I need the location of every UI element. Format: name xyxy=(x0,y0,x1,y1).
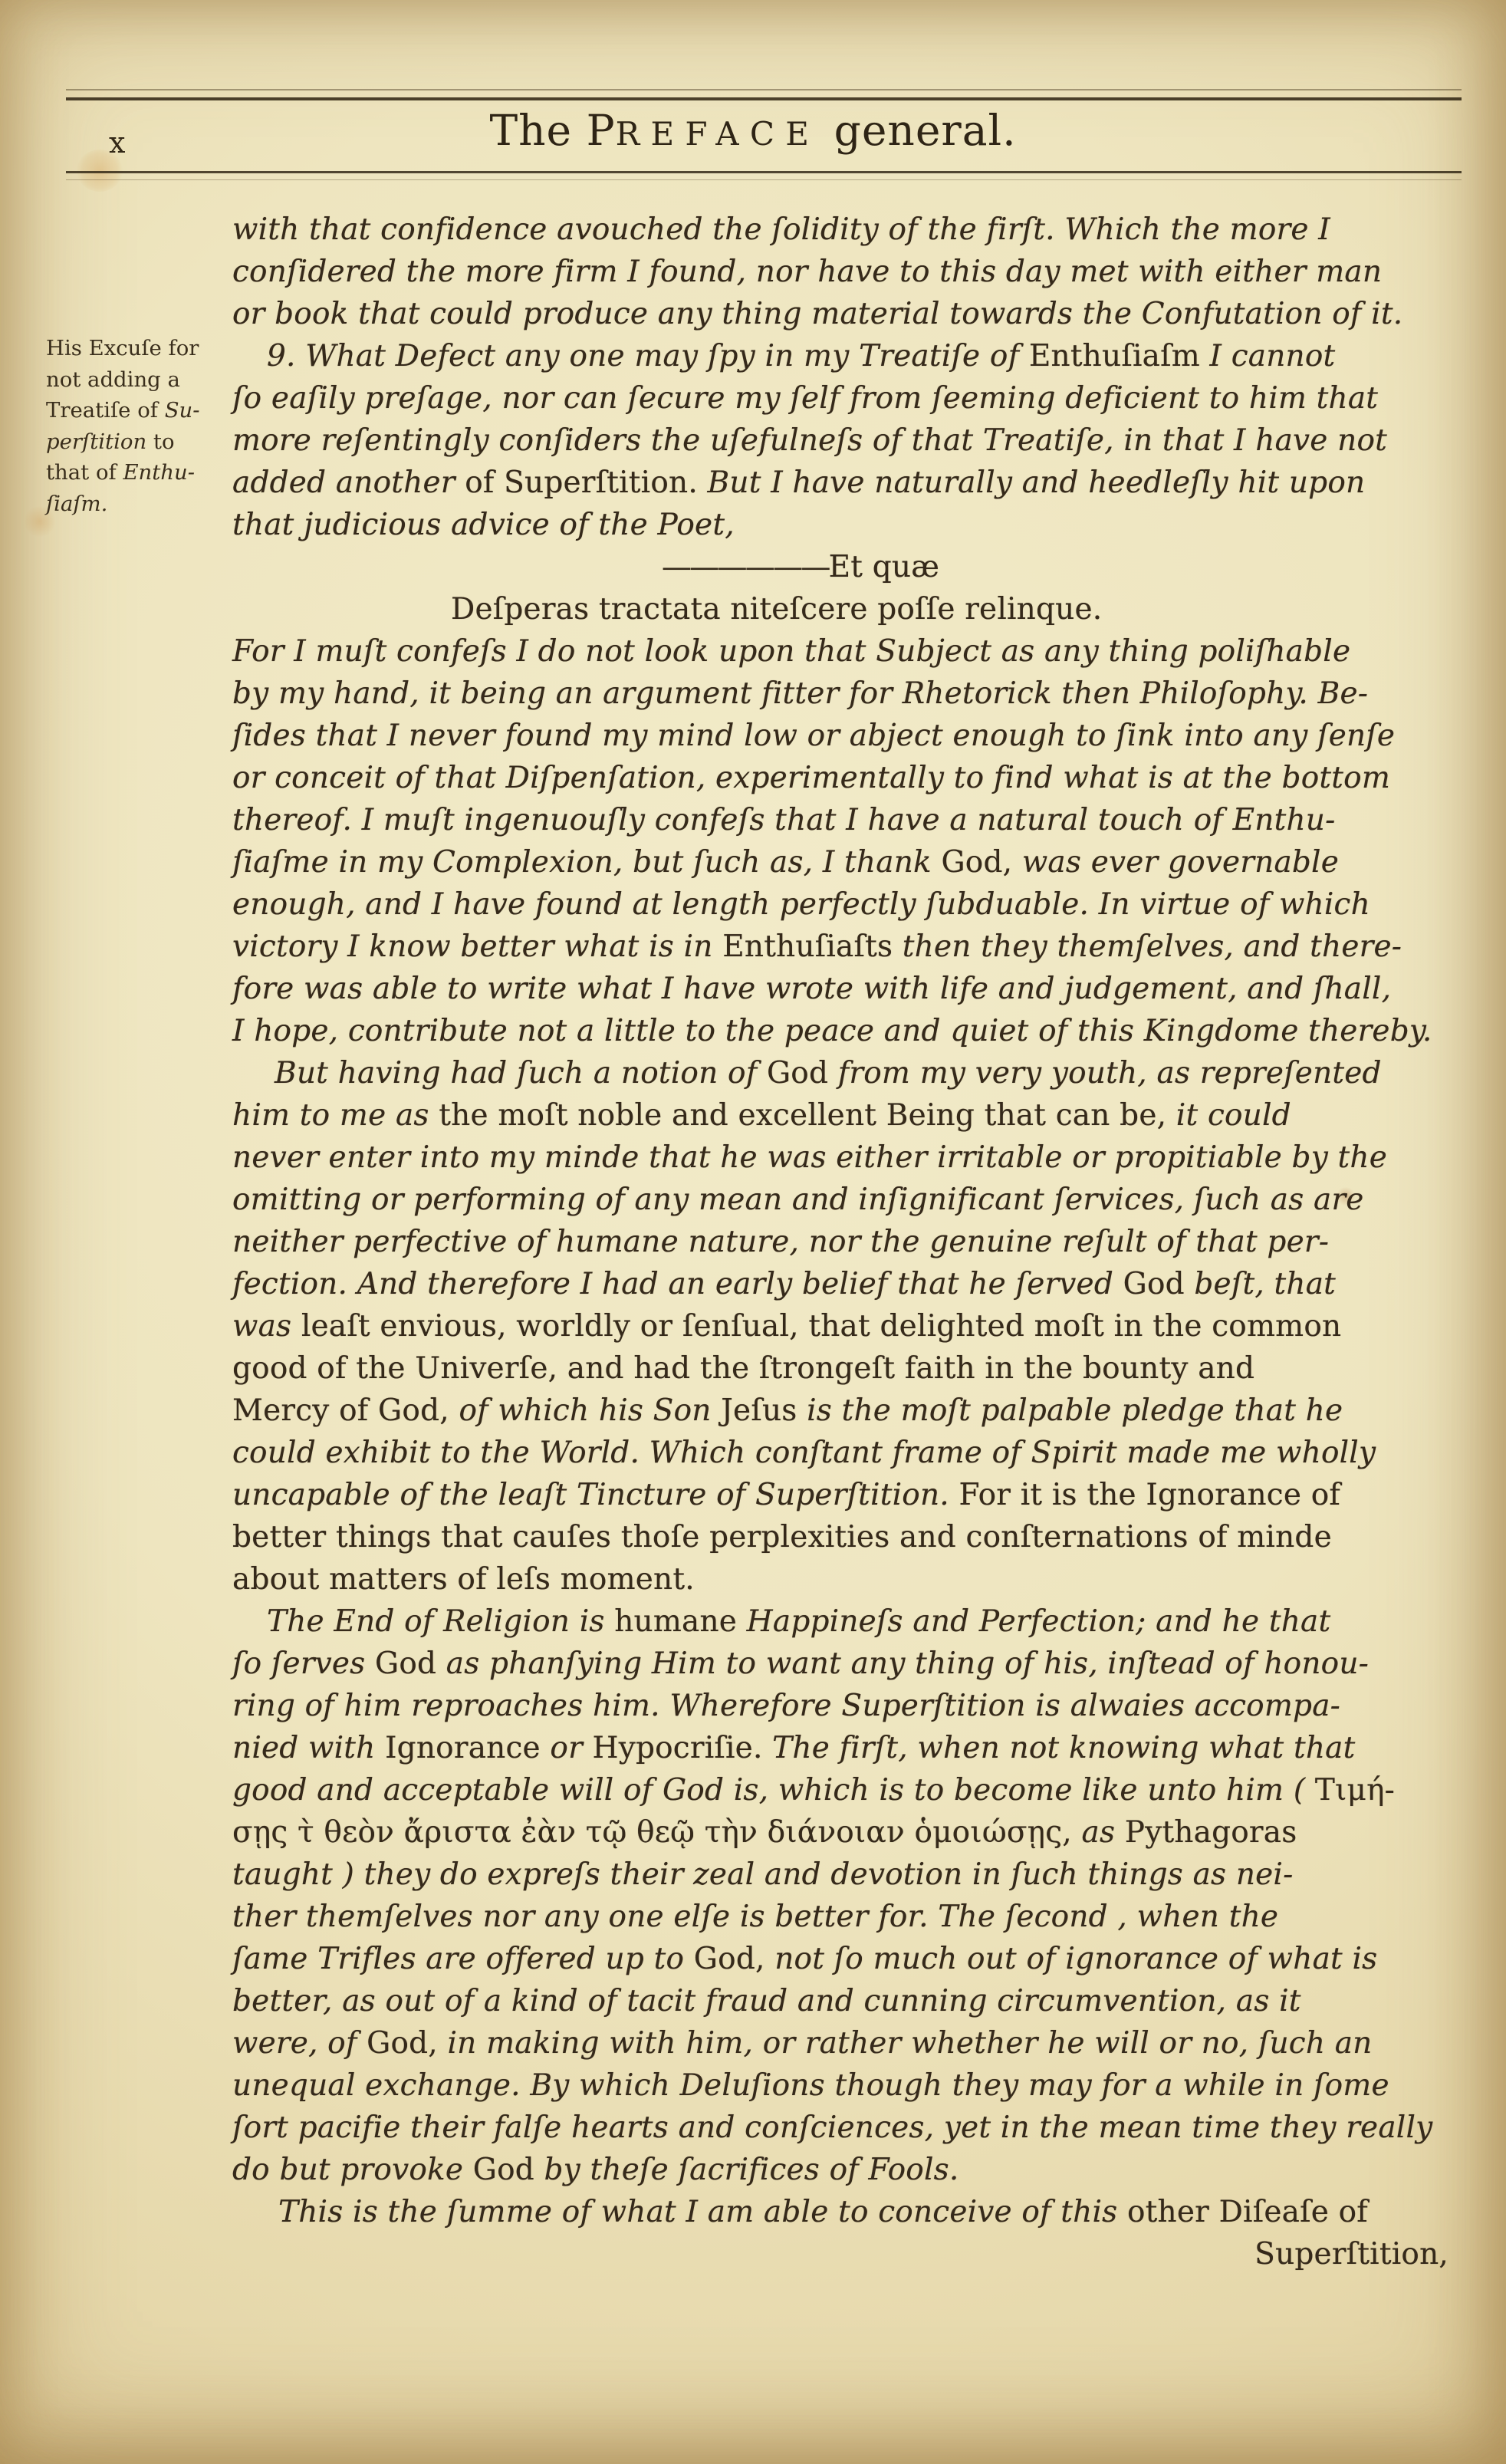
text-segment: But having had ſuch a notion of xyxy=(275,1056,767,1091)
text-segment: then they themſelves, and there- xyxy=(893,929,1402,964)
text-segment: σῃς τ̀ θεὸν ἄριστα ἐὰν τῷ θεῷ τὴν διάνοι… xyxy=(232,1815,1072,1850)
text-segment: Su- xyxy=(165,398,200,423)
body-line: or book that could produce any thing mat… xyxy=(232,293,1459,335)
text-segment: fection. And therefore I had an early be… xyxy=(232,1267,1123,1301)
body-line: good and acceptable will of God is, whic… xyxy=(232,1769,1459,1811)
body-line: ther themſelves nor any one elſe is bett… xyxy=(232,1896,1459,1938)
body-line: do but provoke God by theſe ſacrifices o… xyxy=(232,2149,1459,2191)
text-segment: Enthu- xyxy=(123,460,195,485)
text-segment: God, xyxy=(367,2026,438,2061)
body-line: ſiaſme in my Complexion, but ſuch as, I … xyxy=(232,841,1459,883)
text-segment: ſo eaſily preſage, nor can ſecure my ſel… xyxy=(232,381,1378,416)
text-segment: neither perfective of humane nature, nor… xyxy=(232,1225,1329,1259)
body-line: Deſperas tractata niteſcere poſſe relinq… xyxy=(451,588,1459,630)
text-segment: or conceit of that Diſpenſation, experim… xyxy=(232,761,1390,795)
body-line: omitting or performing of any mean and i… xyxy=(232,1179,1459,1221)
text-segment: or xyxy=(550,1731,592,1765)
text-segment: of which his Son xyxy=(449,1393,721,1428)
margin-note-line: ſiaſm. xyxy=(46,489,238,520)
text-segment: I cannot xyxy=(1200,339,1335,373)
text-segment: by theſe ſacrifices of Fools. xyxy=(534,2153,959,2187)
body-line: neither perfective of humane nature, nor… xyxy=(232,1221,1459,1263)
text-segment: victory I know better what is in xyxy=(232,929,722,964)
title-preface-initial: P xyxy=(587,106,616,155)
text-segment: not adding a xyxy=(46,367,180,392)
text-segment: more reſentingly conſiders the uſefulneſ… xyxy=(232,423,1387,458)
margin-note-line: perſtition to xyxy=(46,426,238,458)
text-segment: ſame Trifles are offered up to xyxy=(232,1942,694,1976)
body-line: was leaſt envious, worldly or ſenſual, t… xyxy=(232,1305,1459,1347)
body-line: that judicious advice of the Poet, xyxy=(232,504,1459,546)
text-segment: good and acceptable will of God is, whic… xyxy=(232,1773,1315,1808)
text-segment: 9. What Defect any one may ſpy in my Tre… xyxy=(267,339,1029,373)
text-segment: unequal exchange. By which Deluſions tho… xyxy=(232,2068,1389,2103)
text-segment: was xyxy=(232,1309,291,1344)
text-segment: omitting or performing of any mean and i… xyxy=(232,1183,1364,1217)
text-segment: that judicious advice of the Poet, xyxy=(232,508,735,542)
body-line: σῃς τ̀ θεὸν ἄριστα ἐὰν τῷ θεῷ τὴν διάνοι… xyxy=(232,1811,1459,1854)
body-line: ring of him reproaches him. Wherefore Su… xyxy=(232,1685,1459,1727)
body-line: more reſentingly conſiders the uſefulneſ… xyxy=(232,419,1459,462)
text-segment: nied with xyxy=(232,1731,385,1765)
text-segment: by my hand, it being an argument fitter … xyxy=(232,676,1368,711)
margin-note-line: Treatiſe of Su- xyxy=(46,395,238,426)
body-line: ſo ſerves God as phanſying Him to want a… xyxy=(232,1643,1459,1685)
text-segment: added another xyxy=(232,465,455,500)
text-segment: This is the ſumme of what I am able to c… xyxy=(278,2195,1127,2229)
body-line: about matters of leſs moment. xyxy=(232,1558,1459,1600)
text-segment: Jeſus xyxy=(721,1393,797,1428)
text-segment: leaſt envious, worldly or ſenſual, that … xyxy=(291,1309,1341,1344)
text-segment: But I have naturally and heedleſly hit u… xyxy=(708,465,1366,500)
body-line: added another of Superſtition. But I hav… xyxy=(232,462,1459,504)
text-segment: is the moſt palpable pledge that he xyxy=(797,1393,1343,1428)
text-segment: For I muſt confeſs I do not look upon th… xyxy=(232,634,1350,669)
body-line: I hope, contribute not a little to the p… xyxy=(232,1010,1459,1052)
body-line: were, of God, in making with him, or rat… xyxy=(232,2022,1459,2064)
text-segment: I hope, contribute not a little to the p… xyxy=(232,1014,1432,1048)
body-line: nied with Ignorance or Hypocriſie. The f… xyxy=(232,1727,1459,1769)
text-segment: God, xyxy=(941,845,1012,880)
running-header: x The PREFACE general. xyxy=(0,106,1506,167)
text-segment: humane xyxy=(614,1604,746,1639)
body-text-column: with that confidence avouched the ſolidi… xyxy=(232,209,1459,2275)
body-line: ſides that I never found my mind low or … xyxy=(232,715,1459,757)
margin-note: His Excuſe fornot adding aTreatiſe of Su… xyxy=(46,333,238,519)
text-segment: ther themſelves nor any one elſe is bett… xyxy=(232,1900,1278,1934)
text-segment: other Diſeaſe of xyxy=(1127,2195,1368,2229)
body-line: ſame Trifles are offered up to God, not … xyxy=(232,1938,1459,1980)
text-segment: as xyxy=(1072,1815,1125,1850)
body-line: Superſtition, xyxy=(232,2233,1459,2275)
body-line: by my hand, it being an argument fitter … xyxy=(232,673,1459,715)
body-line: ſo eaſily preſage, nor can ſecure my ſel… xyxy=(232,377,1459,419)
text-segment: perſtition xyxy=(46,429,146,454)
body-line: victory I know better what is in Enthuſi… xyxy=(232,926,1459,968)
body-line: The End of Religion is humane Happineſs … xyxy=(267,1600,1459,1643)
text-segment: do but provoke xyxy=(232,2153,473,2187)
text-segment: Et quæ xyxy=(829,550,939,584)
body-line: fore was able to write what I have wrote… xyxy=(232,968,1459,1010)
text-segment: from my very youth, as repreſented xyxy=(828,1056,1382,1091)
body-line: or conceit of that Diſpenſation, experim… xyxy=(232,757,1459,799)
body-line: Mercy of God, of which his Son Jeſus is … xyxy=(232,1390,1459,1432)
text-segment: conſidered the more firm I found, nor ha… xyxy=(232,255,1382,289)
text-segment: Hypocriſie. xyxy=(593,1731,763,1765)
body-line: enough, and I have found at length perfe… xyxy=(232,883,1459,926)
body-line: uncapable of the leaſt Tincture of Super… xyxy=(232,1474,1459,1516)
text-segment: The End of Religion is xyxy=(267,1604,614,1639)
page-title: The PREFACE general. xyxy=(0,106,1506,155)
text-segment: good of the Univerſe, and had the ſtrong… xyxy=(232,1351,1254,1386)
body-line: ——————Et quæ xyxy=(662,546,1459,588)
body-line: unequal exchange. By which Deluſions tho… xyxy=(232,2064,1459,2107)
text-segment: Ignorance xyxy=(385,1731,550,1765)
text-segment: enough, and I have found at length perfe… xyxy=(232,887,1370,922)
text-segment: not ſo much out of ignorance of what is xyxy=(765,1942,1378,1976)
text-segment: beſt, that xyxy=(1185,1267,1336,1301)
text-segment: as phanſying Him to want any thing of hi… xyxy=(446,1647,1369,1681)
body-line: him to me as the moſt noble and excellen… xyxy=(232,1094,1459,1137)
margin-note-line: not adding a xyxy=(46,364,238,396)
text-segment: or book that could produce any thing mat… xyxy=(232,297,1402,331)
text-segment: about matters of leſs moment. xyxy=(232,1562,695,1597)
title-preface-caps: REFACE xyxy=(616,115,820,153)
body-line: fection. And therefore I had an early be… xyxy=(232,1263,1459,1305)
text-segment: ring of him reproaches him. Wherefore Su… xyxy=(232,1689,1340,1723)
text-segment: taught ) they do expreſs their zeal and … xyxy=(232,1857,1294,1892)
text-segment: ſides that I never found my mind low or … xyxy=(232,719,1395,753)
body-line: never enter into my minde that he was ei… xyxy=(232,1137,1459,1179)
text-segment: was ever governable xyxy=(1012,845,1339,880)
text-segment: Τιμή- xyxy=(1315,1773,1395,1808)
text-segment: Enthuſiaſm xyxy=(1029,339,1200,373)
text-segment: with that confidence avouched the ſolidi… xyxy=(232,212,1330,247)
text-segment: to xyxy=(146,429,174,454)
text-segment: uncapable of the leaſt Tincture of Super… xyxy=(232,1478,949,1512)
margin-note-line: His Excuſe for xyxy=(46,333,238,364)
text-segment: Deſperas tractata niteſcere poſſe relinq… xyxy=(451,592,1102,627)
body-line: taught ) they do expreſs their zeal and … xyxy=(232,1854,1459,1896)
text-segment: For it is the Ignorance of xyxy=(949,1478,1340,1512)
title-the: The xyxy=(489,106,586,155)
header-rule xyxy=(66,171,1462,180)
text-segment: were, of xyxy=(232,2026,367,2061)
text-segment: thereof. I muſt ingenuouſly confeſs that… xyxy=(232,803,1336,837)
text-segment: Superſtition, xyxy=(1254,2237,1448,2272)
text-segment: never enter into my minde that he was ei… xyxy=(232,1140,1387,1175)
text-segment: ſiaſm. xyxy=(46,492,107,516)
text-segment: could exhibit to the World. Which conſta… xyxy=(232,1436,1376,1470)
body-line: good of the Univerſe, and had the ſtrong… xyxy=(232,1347,1459,1390)
body-line: could exhibit to the World. Which conſta… xyxy=(232,1432,1459,1474)
text-segment: better, as out of a kind of tacit fraud … xyxy=(232,1984,1301,2018)
text-segment: God xyxy=(767,1056,828,1091)
text-segment: God xyxy=(1123,1267,1185,1301)
margin-note-line: that of Enthu- xyxy=(46,457,238,489)
text-segment: the moſt noble and excellent Being that … xyxy=(439,1098,1166,1133)
top-double-rule xyxy=(66,89,1462,100)
book-page-scan: x The PREFACE general. His Excuſe fornot… xyxy=(0,0,1506,2464)
text-segment: Treatiſe of xyxy=(46,398,165,423)
text-segment: ſo ſerves xyxy=(232,1647,375,1681)
text-segment: The firſt, when not knowing what that xyxy=(763,1731,1356,1765)
text-segment: better things that cauſes thoſe perplexi… xyxy=(232,1520,1332,1554)
body-line: This is the ſumme of what I am able to c… xyxy=(278,2191,1459,2233)
text-segment: —————— xyxy=(662,550,829,584)
text-segment: of Superſtition. xyxy=(455,465,708,500)
text-segment: in making with him, or rather whether he… xyxy=(438,2026,1373,2061)
title-general: general. xyxy=(820,106,1016,155)
text-segment: God, xyxy=(694,1942,765,1976)
text-segment: Happineſs and Perfection; and he that xyxy=(747,1604,1331,1639)
text-segment: ſort pacifie their falſe hearts and conſ… xyxy=(232,2110,1432,2145)
text-segment: ſiaſme in my Complexion, but ſuch as, I … xyxy=(232,845,941,880)
text-segment: Pythagoras xyxy=(1125,1815,1297,1850)
text-segment: Enthuſiaſts xyxy=(722,929,893,964)
body-line: better, as out of a kind of tacit fraud … xyxy=(232,1980,1459,2022)
body-line: conſidered the more firm I found, nor ha… xyxy=(232,251,1459,293)
body-line: with that confidence avouched the ſolidi… xyxy=(232,209,1459,251)
text-segment: His Excuſe for xyxy=(46,336,199,360)
text-segment: God xyxy=(473,2153,534,2187)
body-line: But having had ſuch a notion of God from… xyxy=(275,1052,1459,1094)
text-segment: it could xyxy=(1166,1098,1291,1133)
text-segment: God xyxy=(375,1647,446,1681)
body-line: For I muſt confeſs I do not look upon th… xyxy=(232,630,1459,673)
body-line: better things that cauſes thoſe perplexi… xyxy=(232,1516,1459,1558)
text-segment: him to me as xyxy=(232,1098,439,1133)
body-line: thereof. I muſt ingenuouſly confeſs that… xyxy=(232,799,1459,841)
text-segment: that of xyxy=(46,460,123,485)
body-line: 9. What Defect any one may ſpy in my Tre… xyxy=(267,335,1459,377)
body-line: ſort pacifie their falſe hearts and conſ… xyxy=(232,2107,1459,2149)
text-segment: Mercy of God, xyxy=(232,1393,449,1428)
text-segment: fore was able to write what I have wrote… xyxy=(232,972,1391,1006)
